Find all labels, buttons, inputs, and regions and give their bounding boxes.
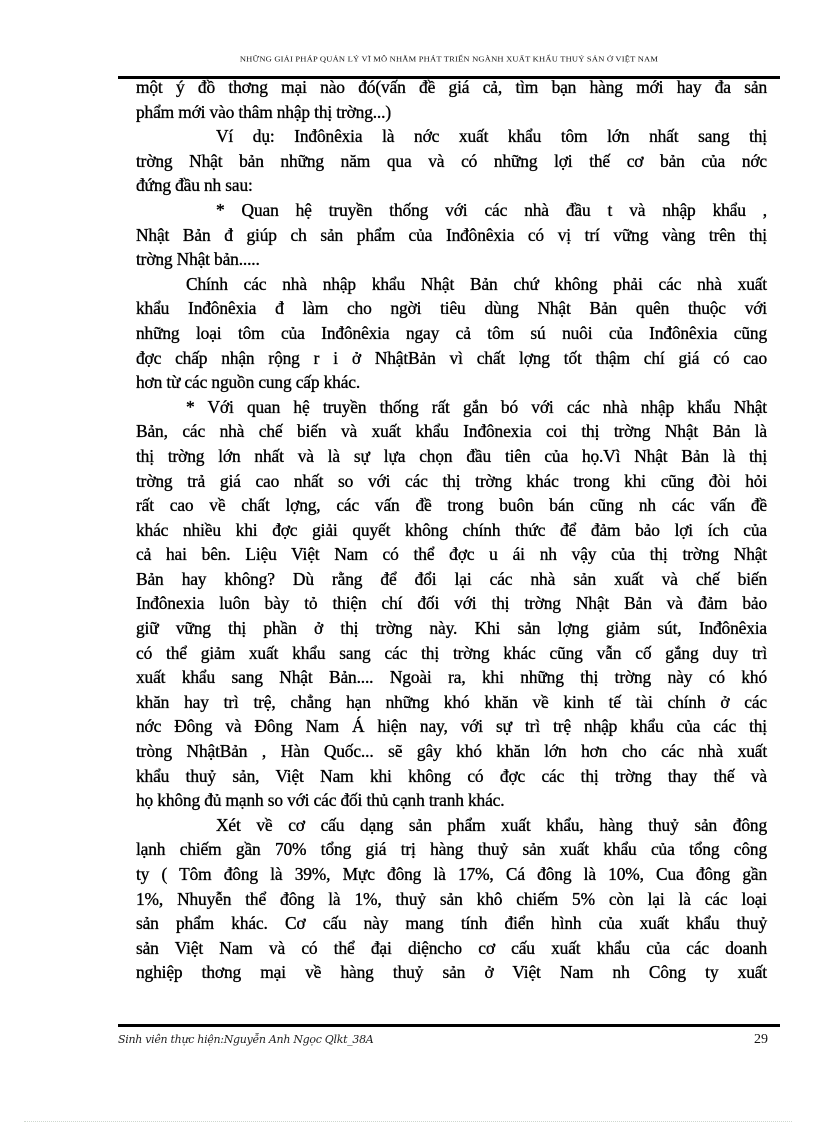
text-line: Chính các nhà nhập khẩu Nhật Bản chứ khô… — [136, 272, 767, 297]
text-line: phẩm mới vào thâm nhập thị trờng...) — [136, 100, 767, 125]
text-line: tròng NhậtBản , Hàn Quốc... sẽ gây khó k… — [136, 739, 767, 764]
text-line: khăn hay trì trệ, chẳng hạn những khó kh… — [136, 690, 767, 715]
page-footer: Sinh viên thực hiện:Nguyễn Anh Ngọc Qlkt… — [118, 1024, 780, 1057]
text-line: khác nhiều khi đợc giải quyết không chín… — [136, 518, 767, 543]
text-line: một ý đồ thơng mại nào đó(vấn đề giá cả,… — [136, 75, 767, 100]
text-line: thị trờng lớn nhất và là sự lựa chọn đầu… — [136, 444, 767, 469]
text-line: ty ( Tôm đông là 39%, Mực đông là 17%, C… — [136, 862, 767, 887]
text-line: rất cao về chất lợng, các vấn đề trong b… — [136, 493, 767, 518]
footer-author: Sinh viên thực hiện:Nguyễn Anh Ngọc Qlkt… — [118, 1033, 373, 1046]
text-line: sản phẩm khác. Cơ cấu này mang tính điển… — [136, 911, 767, 936]
text-line: họ không đủ mạnh so với các đối thủ cạnh… — [136, 788, 767, 813]
document-body: một ý đồ thơng mại nào đó(vấn đề giá cả,… — [136, 75, 767, 985]
text-line: có thể giảm xuất khẩu sang các thị trờng… — [136, 641, 767, 666]
text-line: Nhật Bản đ giúp ch sản phẩm của Inđônêxi… — [136, 223, 767, 248]
text-line: 1%, Nhuyễn thể đông là 1%, thuỷ sản khô … — [136, 887, 767, 912]
text-line: Inđônexia luôn bày tỏ thiện chí đối với … — [136, 591, 767, 616]
text-line: đứng đầu nh sau: — [136, 173, 767, 198]
text-line: cả hai bên. Liệu Việt Nam có thể đợc u á… — [136, 542, 767, 567]
text-line: lạnh chiếm gần 70% tổng giá trị hàng thu… — [136, 837, 767, 862]
text-line: đợc chấp nhận rộng r i ở NhậtBản vì chất… — [136, 346, 767, 371]
text-line: hơn từ các nguồn cung cấp khác. — [136, 370, 767, 395]
text-line: những loại tôm của Inđônêxia ngay cả tôm… — [136, 321, 767, 346]
text-line: Bản, các nhà chế biến và xuất khẩu Inđôn… — [136, 419, 767, 444]
text-line: nghiệp thơng mại về hàng thuỷ sản ở Việt… — [136, 960, 767, 985]
text-line: xuất khẩu sang Nhật Bản.... Ngoài ra, kh… — [136, 665, 767, 690]
text-line: * Với quan hệ truyền thống rất gắn bó vớ… — [136, 395, 767, 420]
document-running-title: NHỮNG GIẢI PHÁP QUẢN LÝ VĨ MÔ NHẰM PHÁT … — [118, 55, 780, 64]
text-line: giữ vững thị phần ở thị trờng này. Khi s… — [136, 616, 767, 641]
text-line: trờng Nhật bản..... — [136, 247, 767, 272]
text-line: khẩu thuỷ sản, Việt Nam khi không có đợc… — [136, 764, 767, 789]
page-number: 29 — [754, 1032, 768, 1048]
text-line: Xét về cơ cấu dạng sản phẩm xuất khẩu, h… — [136, 813, 767, 838]
page-edge-divider — [24, 1121, 792, 1122]
text-line: * Quan hệ truyền thống với các nhà đầu t… — [136, 198, 767, 223]
text-line: Bản hay không? Dù rằng để đổi lại các nh… — [136, 567, 767, 592]
text-line: Ví dụ: Inđônêxia là nớc xuất khẩu tôm lớ… — [136, 124, 767, 149]
text-line: khẩu Inđônêxia đ làm cho ngời tiêu dùng … — [136, 296, 767, 321]
text-line: trờng Nhật bản những năm qua và có những… — [136, 149, 767, 174]
text-line: nớc Đông và Đông Nam Á hiện nay, với sự … — [136, 714, 767, 739]
text-line: trờng trả giá cao nhất so với các thị tr… — [136, 469, 767, 494]
text-line: sản Việt Nam và có thể đại diệncho cơ cấ… — [136, 936, 767, 961]
